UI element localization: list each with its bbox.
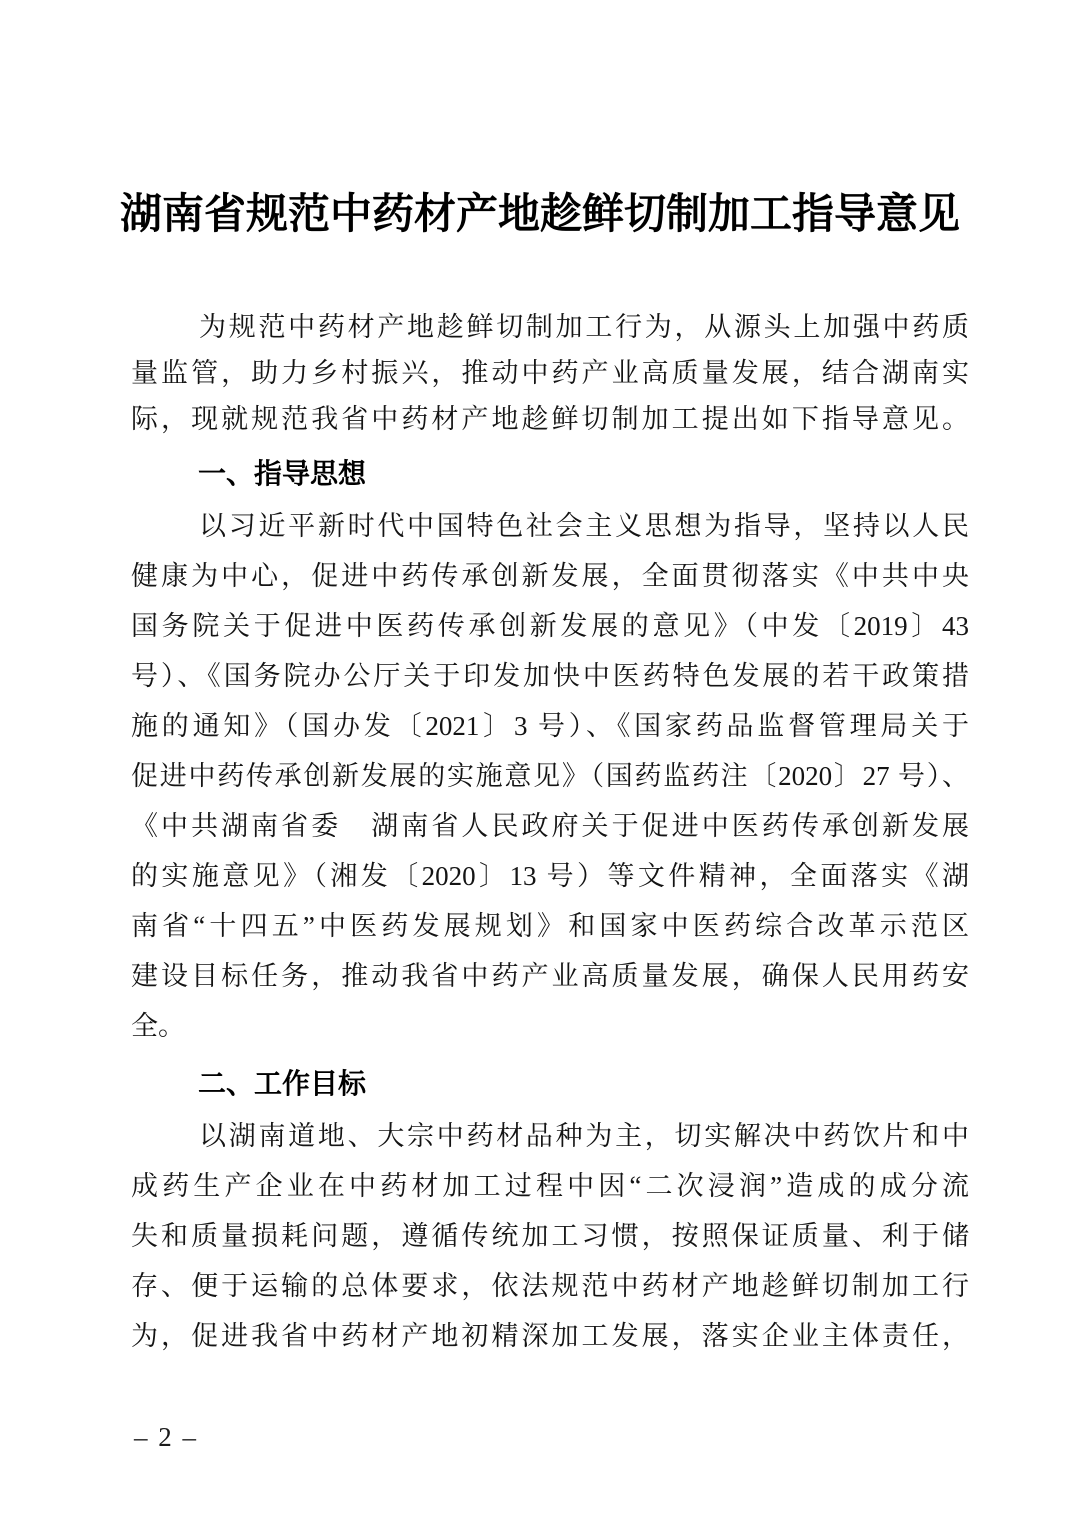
text-line: 失和质量损耗问题，遵循传统加工习惯，按照保证质量、利于储 (131, 1211, 969, 1261)
text-line: 全。 (131, 1001, 969, 1051)
text-line: 际，现就规范我省中药材产地趁鲜切制加工提出如下指导意见。 (131, 396, 969, 442)
page-number: – 2 – (134, 1422, 198, 1453)
section-2-paragraph: 以湖南道地、大宗中药材品种为主，切实解决中药饮片和中 成药生产企业在中药材加工过… (131, 1111, 969, 1361)
text-line: 号）、《国务院办公厅关于印发加快中医药特色发展的若干政策措 (131, 651, 969, 701)
text-line: 建设目标任务，推动我省中药产业高质量发展，确保人民用药安 (131, 951, 969, 1001)
text-line: 的实施意见》（湘发〔2020〕13 号）等文件精神，全面落实《湖 (131, 851, 969, 901)
section-1-paragraph: 以习近平新时代中国特色社会主义思想为指导，坚持以人民 健康为中心，促进中药传承创… (131, 501, 969, 1051)
section-1-heading-row: 一、指导思想 (131, 449, 969, 497)
text-line: 存、便于运输的总体要求，依法规范中药材产地趁鲜切制加工行 (131, 1261, 969, 1311)
text-line: 成药生产企业在中药材加工过程中因“二次浸润”造成的成分流 (131, 1161, 969, 1211)
intro-paragraph: 为规范中药材产地趁鲜切制加工行为，从源头上加强中药质 量监管，助力乡村振兴，推动… (131, 304, 969, 442)
text-line: 以习近平新时代中国特色社会主义思想为指导，坚持以人民 (131, 501, 969, 551)
text-line: 为规范中药材产地趁鲜切制加工行为，从源头上加强中药质 (131, 304, 969, 350)
text-line: 《中共湖南省委 湖南省人民政府关于促进中医药传承创新发展 (131, 801, 969, 851)
text-line: 国务院关于促进中医药传承创新发展的意见》（中发〔2019〕43 (131, 601, 969, 651)
document-title: 湖南省规范中药材产地趁鲜切制加工指导意见 (0, 183, 1080, 245)
text-line: 为，促进我省中药材产地初精深加工发展，落实企业主体责任， (131, 1311, 969, 1361)
section-2-heading-row: 二、工作目标 (131, 1059, 969, 1109)
text-line: 健康为中心，促进中药传承创新发展，全面贯彻落实《中共中央 (131, 551, 969, 601)
text-line: 以湖南道地、大宗中药材品种为主，切实解决中药饮片和中 (131, 1111, 969, 1161)
text-line: 施的通知》（国办发〔2021〕3 号）、《国家药品监督管理局关于 (131, 701, 969, 751)
section-1-heading: 一、指导思想 (131, 449, 969, 499)
document-page: 湖南省规范中药材产地趁鲜切制加工指导意见 为规范中药材产地趁鲜切制加工行为，从源… (0, 0, 1080, 1528)
text-line: 南省“十四五”中医药发展规划》和国家中医药综合改革示范区 (131, 901, 969, 951)
section-2-heading: 二、工作目标 (131, 1059, 969, 1109)
text-line: 促进中药传承创新发展的实施意见》（国药监药注〔2020〕27 号）、 (131, 751, 969, 801)
text-line: 量监管，助力乡村振兴，推动中药产业高质量发展，结合湖南实 (131, 350, 969, 396)
